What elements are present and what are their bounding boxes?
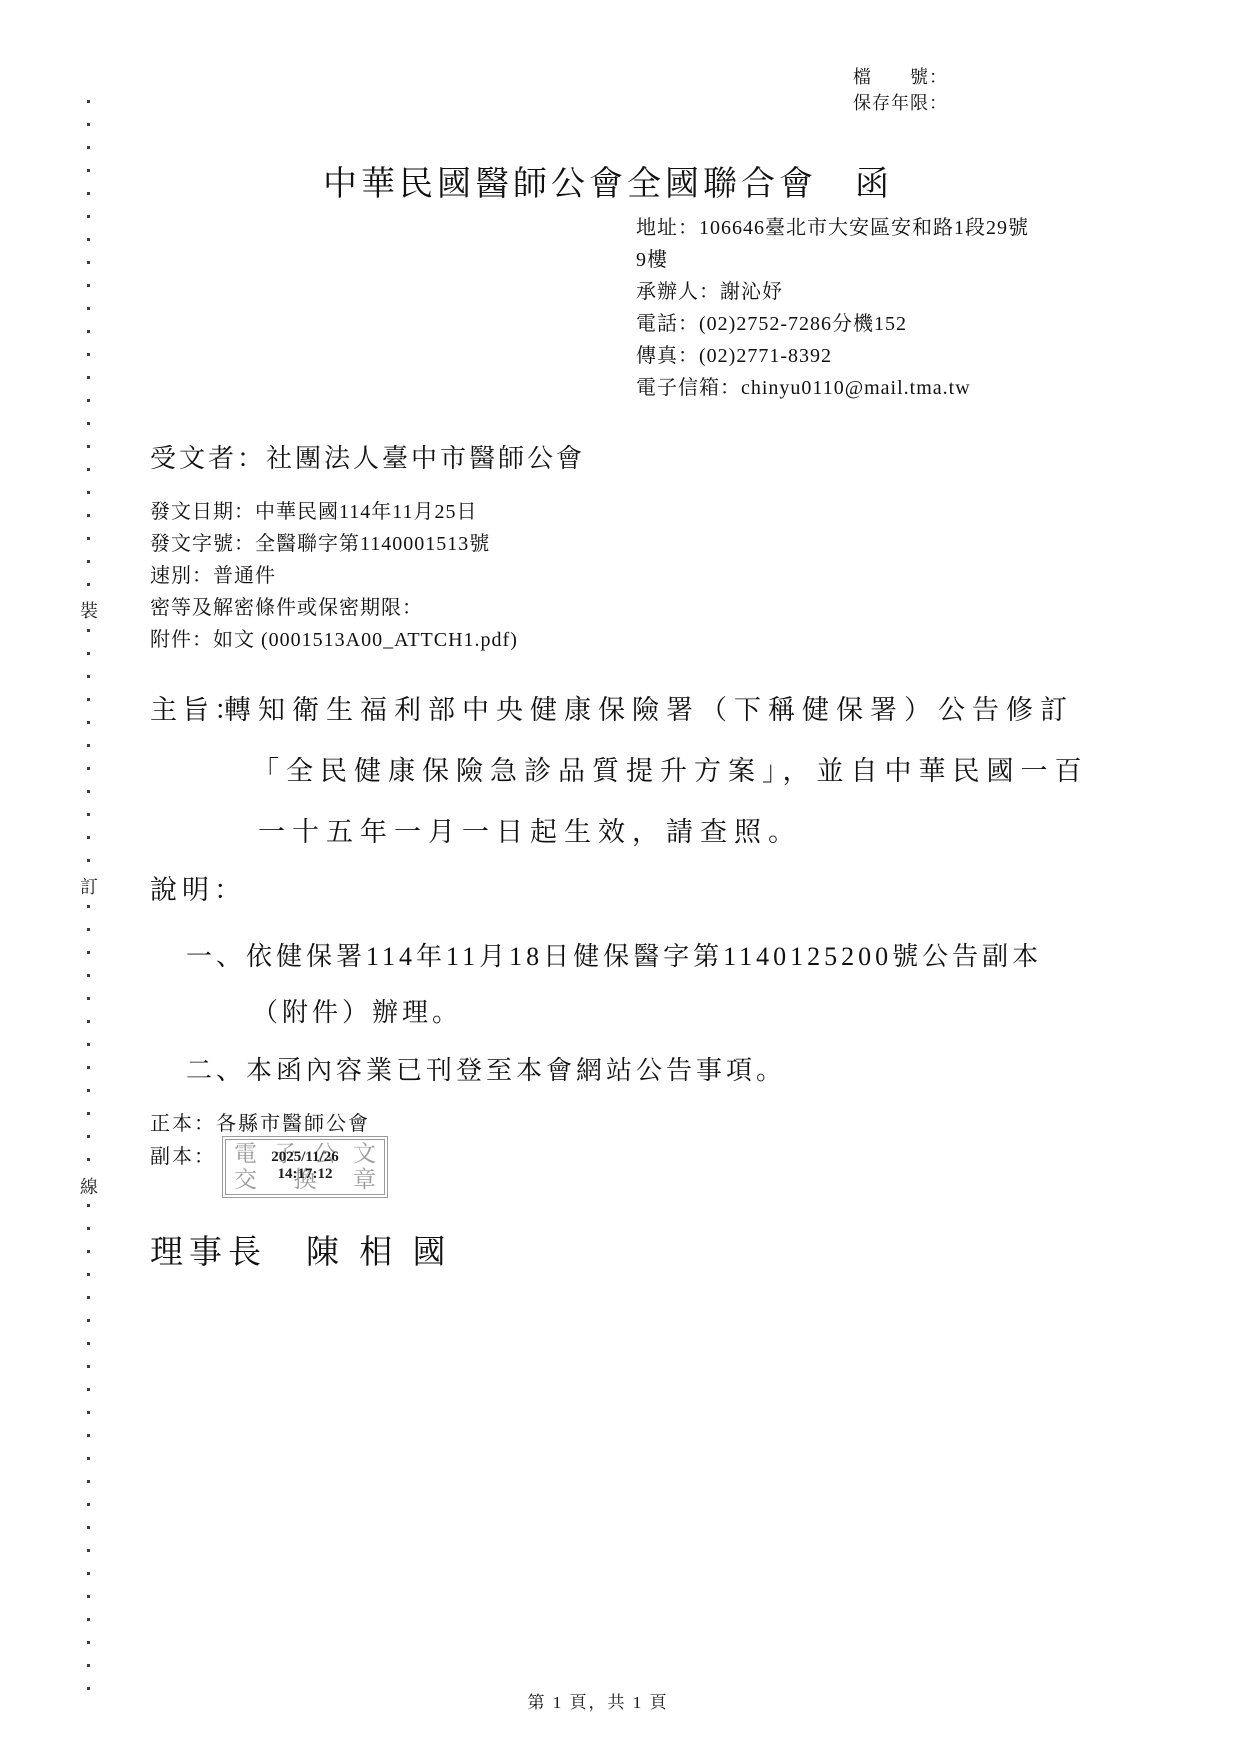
subject-line1: 轉知衛生福利部中央健康保險署（下稱健保署）公告修訂 xyxy=(224,688,1074,727)
sender-contact-block: 地址：106646臺北市大安區安和路1段29號 9樓 承辦人：謝沁妤 電話：(0… xyxy=(636,212,1029,404)
binding-mark-ding: 訂 xyxy=(76,868,102,904)
retention-period-label: 保存年限： xyxy=(853,90,948,116)
issue-date-line: 發文日期：中華民國114年11月25日 xyxy=(150,496,518,528)
sender-address-line1: 地址：106646臺北市大安區安和路1段29號 xyxy=(636,212,1029,244)
binding-mark-xian: 線 xyxy=(76,1168,102,1204)
sender-email: 電子信箱：chinyu0110@mail.tma.tw xyxy=(636,372,1029,404)
electronic-exchange-stamp: 電 子 公 文 交 換 章 2025/11/26 14:17:12 xyxy=(222,1136,388,1198)
file-number-label: 檔 號： xyxy=(853,64,948,90)
issue-number-line: 發文字號：全醫聯字第1140001513號 xyxy=(150,528,518,560)
file-number-block: 檔 號： 保存年限： xyxy=(853,64,948,116)
subject-line3: 一十五年一月一日起生效，請查照。 xyxy=(258,810,802,849)
sender-contact-person: 承辦人：謝沁妤 xyxy=(636,276,1029,308)
explanation-label: 說明： xyxy=(150,868,246,907)
attachment-line: 附件：如文 (0001513A00_ATTCH1.pdf) xyxy=(150,624,518,656)
document-page: 裝 訂 線 檔 號： 保存年限： 中華民國醫師公會全國聯合會 函 地址：1066… xyxy=(0,0,1240,1754)
sender-phone: 電話：(02)2752-7286分機152 xyxy=(636,308,1029,340)
priority-line: 速別：普通件 xyxy=(150,560,518,592)
explanation-item2: 二、本函內容業已刊登至本會網站公告事項。 xyxy=(186,1050,786,1087)
sender-fax: 傳真：(02)2771-8392 xyxy=(636,340,1029,372)
document-title: 中華民國醫師公會全國聯合會 函 xyxy=(323,156,893,205)
binding-mark-zhuang: 裝 xyxy=(76,592,102,628)
recipient-line: 受文者：社團法人臺中市醫師公會 xyxy=(150,438,585,475)
explanation-item1-line2: （附件）辦理。 xyxy=(252,992,462,1029)
subject-line2: 「全民健康保險急診品質提升方案」，並自中華民國一百 xyxy=(252,749,1089,788)
stamp-timestamp: 2025/11/26 14:17:12 xyxy=(226,1149,384,1183)
chairman-signature: 理事長 陳 相 國 xyxy=(150,1226,452,1273)
stamp-time: 14:17:12 xyxy=(226,1166,384,1183)
document-meta-block: 發文日期：中華民國114年11月25日 發文字號：全醫聯字第1140001513… xyxy=(150,496,518,656)
sender-address-line2: 9樓 xyxy=(636,244,1029,276)
explanation-item1-line1: 一、依健保署114年11月18日健保醫字第1140125200號公告副本 xyxy=(186,936,1042,973)
security-level-line: 密等及解密條件或保密期限： xyxy=(150,592,518,624)
page-number-footer: 第 1 頁，共 1 頁 xyxy=(0,1688,1196,1713)
stamp-date: 2025/11/26 xyxy=(226,1149,384,1166)
